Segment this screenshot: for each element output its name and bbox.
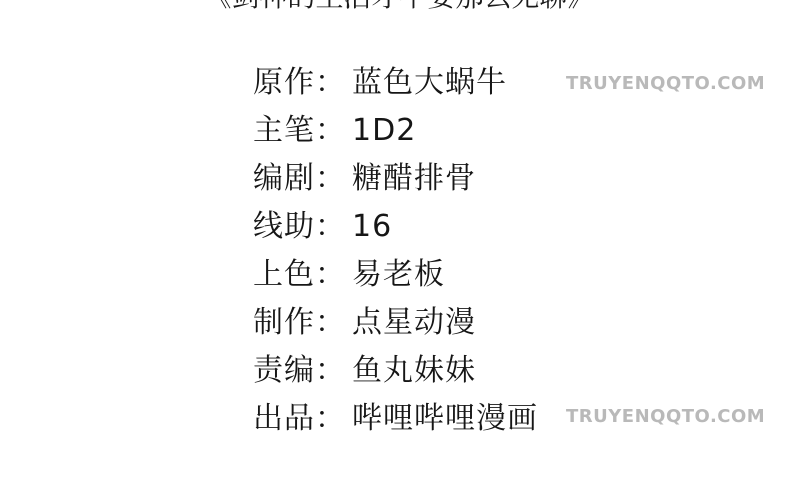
- credit-value: 哔哩哔哩漫画: [352, 400, 538, 438]
- credit-label: 制作：: [253, 304, 346, 342]
- credit-value: 易老板: [352, 256, 445, 294]
- credit-row-original: 原作：蓝色大蜗牛: [253, 64, 538, 112]
- watermark-top: TRUYENQQTO.COM: [566, 73, 765, 94]
- credit-row-publisher: 出品：哔哩哔哩漫画: [253, 400, 538, 448]
- watermark-bottom: TRUYENQQTO.COM: [566, 406, 765, 427]
- credit-row-writer: 编剧：糖醋排骨: [253, 160, 538, 208]
- credit-label: 责编：: [253, 352, 346, 390]
- credit-label: 出品：: [253, 400, 346, 438]
- credit-value: 1D2: [352, 112, 416, 150]
- credits-list: 原作：蓝色大蜗牛 主笔：1D2 编剧：糖醋排骨 线助：16 上色：易老板 制作：…: [253, 64, 538, 448]
- credit-row-colorist: 上色：易老板: [253, 256, 538, 304]
- credit-label: 编剧：: [253, 160, 346, 198]
- credit-label: 原作：: [253, 64, 346, 102]
- credit-label: 主笔：: [253, 112, 346, 150]
- credit-label: 上色：: [253, 256, 346, 294]
- credit-row-production: 制作：点星动漫: [253, 304, 538, 352]
- credit-row-line-assist: 线助：16: [253, 208, 538, 256]
- credit-value: 点星动漫: [352, 304, 476, 342]
- credit-row-editor: 责编：鱼丸妹妹: [253, 352, 538, 400]
- credit-value: 鱼丸妹妹: [352, 352, 476, 390]
- credit-value: 16: [352, 208, 392, 246]
- credit-value: 蓝色大蜗牛: [352, 64, 507, 102]
- credit-value: 糖醋排骨: [352, 160, 476, 198]
- credit-row-lead-artist: 主笔：1D2: [253, 112, 538, 160]
- credit-label: 线助：: [253, 208, 346, 246]
- comic-title: 《剑神的生活才不要那么无聊》: [0, 0, 799, 12]
